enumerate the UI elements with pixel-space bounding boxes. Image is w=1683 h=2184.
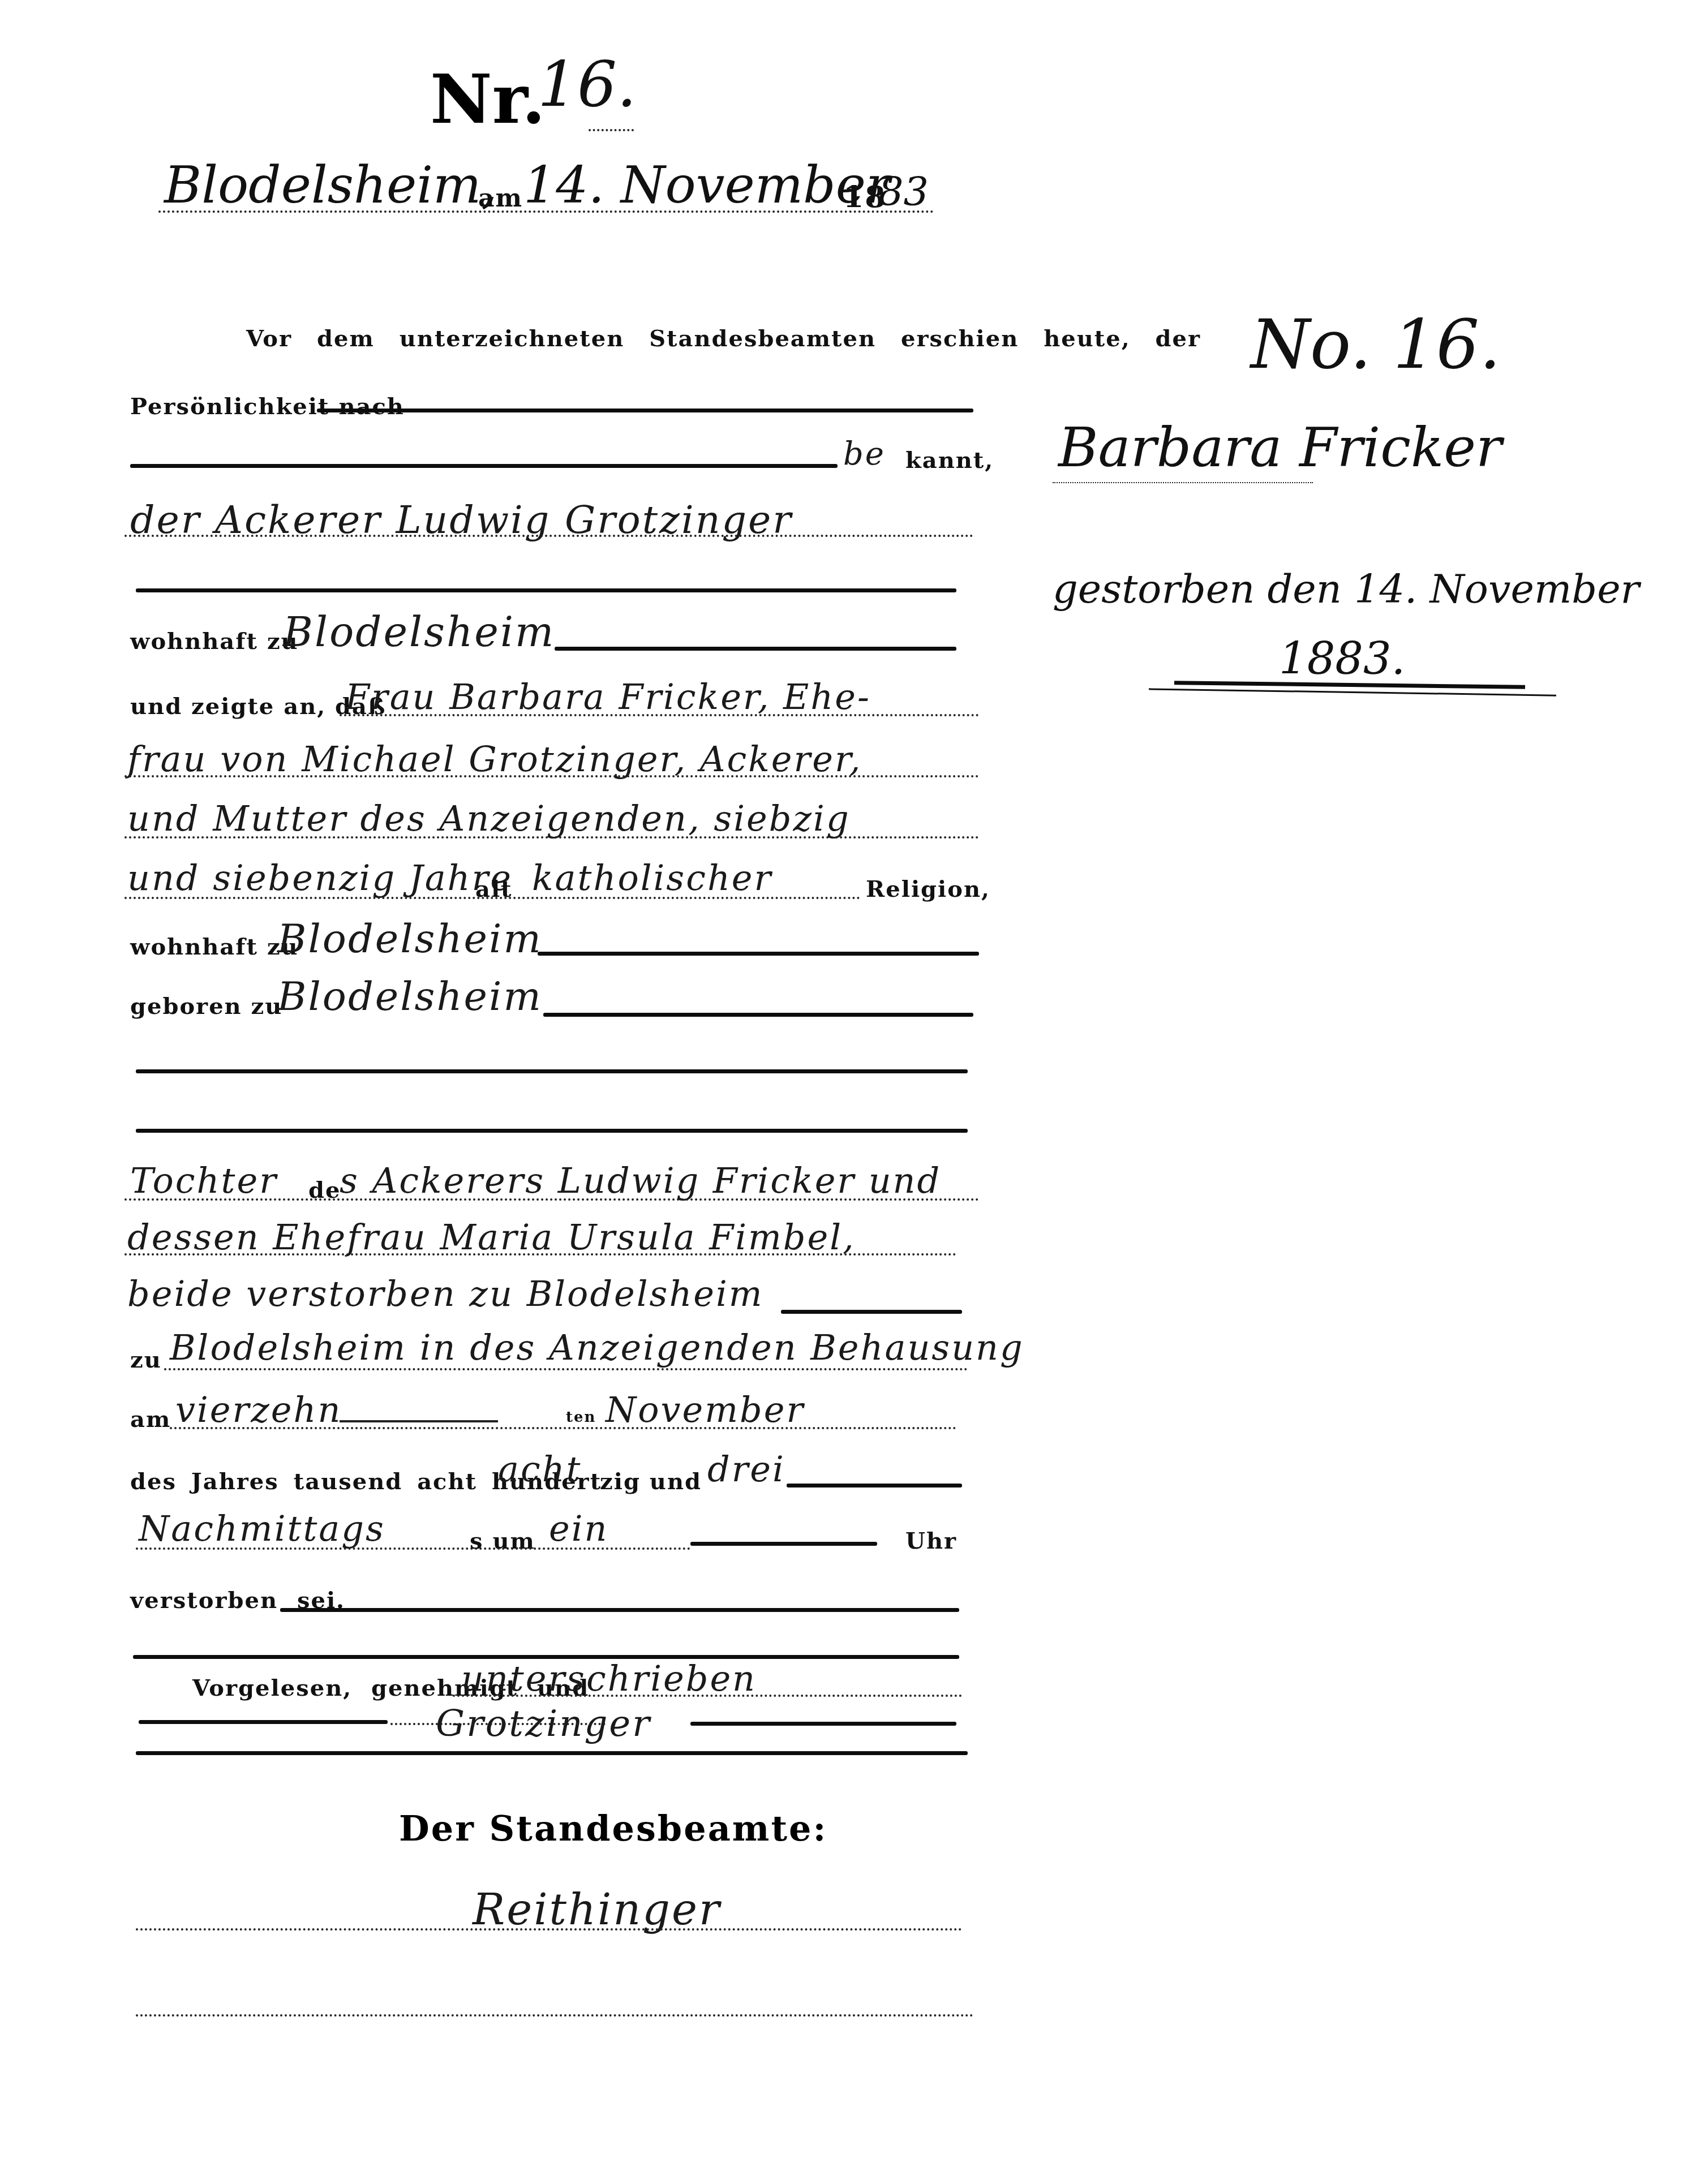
record-number-dots (589, 129, 634, 131)
religion-value: katholischer (532, 857, 772, 898)
s-um-label: s um (470, 1528, 535, 1554)
persoenlichkeit-rule (317, 409, 973, 412)
uhr-label: Uhr (905, 1528, 957, 1554)
death-month: November (606, 1389, 805, 1430)
parents-line-2: dessen Ehefrau Maria Ursula Fimbel, (127, 1216, 856, 1258)
blank-rule-1 (136, 588, 956, 592)
death-date-dots (170, 1427, 956, 1429)
deceased-dots-3 (124, 836, 979, 839)
parents-rule-3 (781, 1310, 962, 1314)
hour: ein (549, 1508, 608, 1549)
wohnhaft2-value: Blodelsheim (277, 915, 543, 962)
parents-line-1b: s Ackerers Ludwig Fricker und (340, 1160, 941, 1201)
margin-name: Barbara Fricker (1058, 416, 1502, 479)
geboren-rule (543, 1013, 973, 1017)
ten-label: ten (566, 1409, 596, 1426)
date-prefix: am (478, 184, 523, 213)
bekannt-hand: be (843, 436, 886, 472)
date-header: 14. November (523, 156, 890, 215)
parents-line-1a: Tochter (130, 1160, 278, 1201)
place-header: Blodelsheim, (164, 156, 497, 215)
vorgelesen-dots (453, 1695, 962, 1697)
blank-rule-2 (136, 1069, 968, 1073)
blank-rule-5 (136, 1751, 968, 1755)
am-label: am (130, 1406, 171, 1433)
parents-dots-2 (124, 1253, 956, 1256)
time-of-day: Nachmittags (139, 1508, 385, 1549)
parents-dots-1 (124, 1198, 979, 1201)
margin-name-dots (1053, 482, 1313, 483)
wohnhaft-rule (555, 647, 956, 651)
religion-dots (124, 897, 860, 899)
bekannt-rule (130, 464, 838, 468)
vorgelesen-hand: unterschrieben (461, 1658, 757, 1699)
signature-rule-right (690, 1722, 956, 1726)
standesbeamte-dots-2 (136, 2014, 973, 2017)
jahres-rule (787, 1484, 962, 1487)
zu-label: zu (130, 1347, 162, 1373)
blank-rule-3 (136, 1129, 968, 1133)
informant-dots (124, 535, 973, 537)
standesbeamte-signature: Reithinger (473, 1884, 721, 1934)
bekannt-label: kannt, (905, 447, 994, 474)
intro-text: Vor dem unterzeichneten Standesbeamten e… (246, 325, 1201, 352)
death-day: vierzehn (175, 1389, 342, 1430)
death-day-stroke (340, 1420, 498, 1422)
religion-label: Religion, (866, 876, 990, 902)
verstorben-rule (280, 1608, 959, 1612)
death-place-dots (164, 1368, 968, 1370)
time-dots (136, 1547, 690, 1550)
wohnhaft2-label: wohnhaft zu (130, 934, 299, 960)
year-hand: 83 (878, 169, 929, 215)
standesbeamte-heading: Der Standesbeamte: (399, 1808, 827, 1849)
margin-underline-thin (1149, 688, 1556, 696)
margin-number: No. 16. (1251, 306, 1501, 384)
parents-line-3: beide verstorben zu Blodelsheim (127, 1273, 764, 1314)
signature-dots (390, 1723, 606, 1725)
margin-year: 1883. (1279, 634, 1405, 685)
geboren-value: Blodelsheim (277, 973, 543, 1020)
record-number-value: 16. (538, 48, 637, 121)
jahres-unit: drei (707, 1448, 785, 1490)
deceased-line-3: und Mutter des Anzeigenden, siebzig (127, 798, 851, 839)
signature-rule-left (139, 1720, 388, 1724)
zig-label: zig und (600, 1468, 702, 1495)
wohnhaft2-rule (538, 952, 979, 956)
persoenlichkeit-label: Persönlichkeit nach (130, 393, 405, 420)
header-date-dots (158, 210, 934, 213)
record-number-label: Nr. (430, 59, 546, 139)
wohnhaft-label: wohnhaft zu (130, 628, 299, 655)
geboren-label: geboren zu (130, 993, 282, 1020)
deceased-line-1: Frau Barbara Fricker, Ehe- (345, 676, 871, 717)
deceased-age: und siebenzig Jahre (127, 857, 513, 898)
standesbeamte-dots-1 (136, 1928, 962, 1931)
death-place: Blodelsheim in des Anzeigenden Behausung (170, 1327, 1024, 1368)
margin-died: gestorben den 14. November (1053, 566, 1639, 612)
deceased-dots-1 (340, 714, 979, 716)
jahres-decade: acht (498, 1448, 582, 1490)
hour-rule (690, 1542, 877, 1546)
deceased-line-2: frau von Michael Grotzinger, Ackerer, (127, 738, 862, 780)
deceased-dots-2 (124, 775, 979, 777)
wohnhaft-value: Blodelsheim (283, 608, 555, 656)
